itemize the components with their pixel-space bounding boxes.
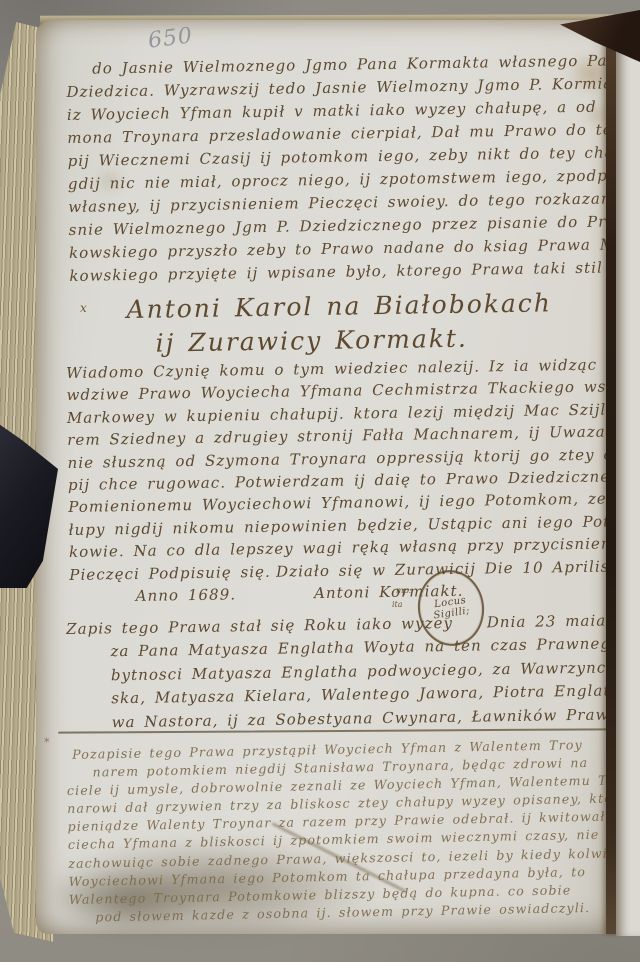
paragraph-grant-intro: do Jasnie Wielmoznego Jgmo Pana Kormakta… <box>66 49 616 288</box>
opposite-page-edge <box>616 26 640 936</box>
document-heading: Antoni Karol na Białobokach ij Zurawicy … <box>66 285 613 362</box>
paragraph-record: Zapis tego Prawa stał się Roku iako wyze… <box>66 609 614 735</box>
manuscript-photo: 650 x * do Jasnie Wielmoznego Jgmo Pana … <box>0 0 640 962</box>
margin-mark-asterisk: * <box>44 736 50 749</box>
notary-mark: ita <box>392 600 403 609</box>
manuscript-page: 650 x * do Jasnie Wielmoznego Jgmo Pana … <box>36 20 614 934</box>
page-number: 650 <box>147 23 195 53</box>
text-segment: Pieczęci Podpisuię się. <box>69 560 271 586</box>
notary-mark: mp: <box>396 586 411 595</box>
paragraph-postscript: Pozapisie tego Prawa przystąpił Woyciech… <box>66 736 615 927</box>
paragraph-privilege: Wiadomo Czynię komu o tym wiedziec nalez… <box>66 353 616 608</box>
text-segment: Dnia 23 maia. <box>487 609 613 634</box>
year-anno: Anno 1689. <box>136 583 237 607</box>
